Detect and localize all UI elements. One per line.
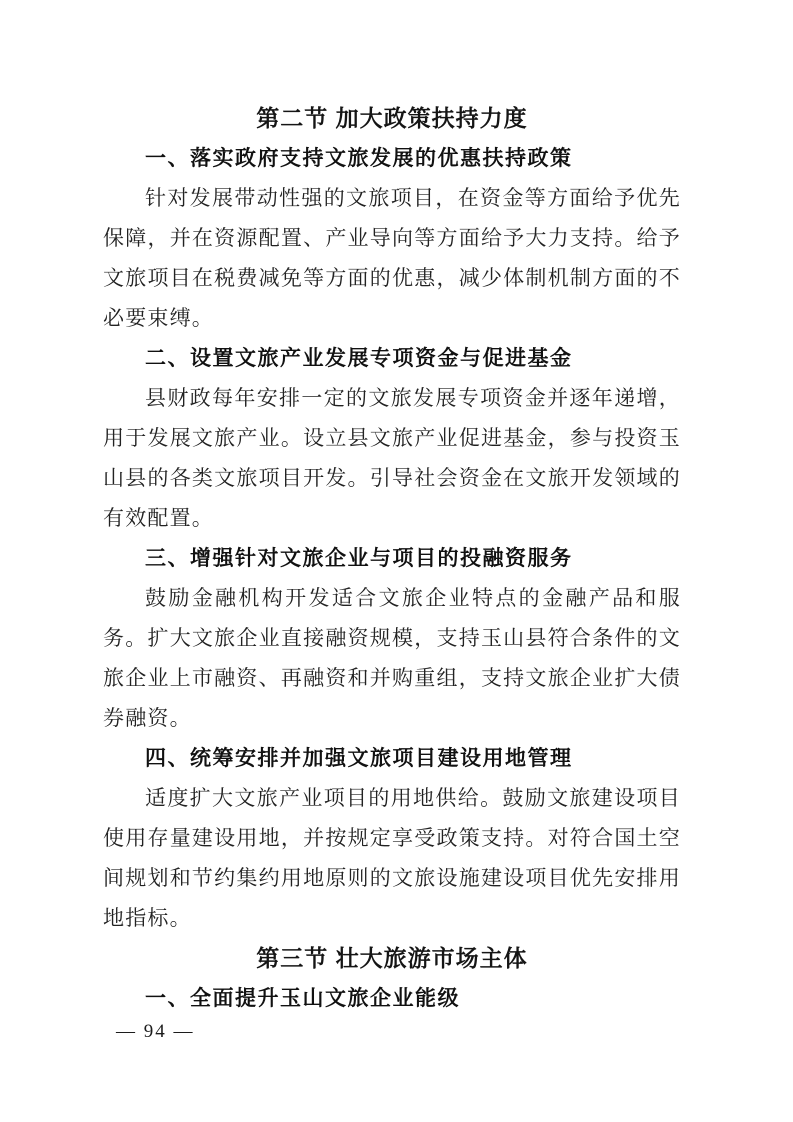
section-2-heading-4: 四、统筹安排并加强文旅项目建设用地管理 [103, 738, 681, 778]
document-content: 第二节 加大政策扶持力度 一、落实政府支持文旅发展的优惠扶持政策 针对发展带动性… [103, 98, 681, 1018]
section-2-paragraph-1: 针对发展带动性强的文旅项目，在资金等方面给予优先保障，并在资源配置、产业导向等方… [103, 178, 681, 338]
section-2-title: 第二节 加大政策扶持力度 [103, 98, 681, 138]
section-2-paragraph-3: 鼓励金融机构开发适合文旅企业特点的金融产品和服务。扩大文旅企业直接融资规模，支持… [103, 578, 681, 738]
page-number: — 94 — [116, 1018, 195, 1046]
section-2-paragraph-4: 适度扩大文旅产业项目的用地供给。鼓励文旅建设项目使用存量建设用地，并按规定享受政… [103, 778, 681, 938]
section-2-heading-3: 三、增强针对文旅企业与项目的投融资服务 [103, 538, 681, 578]
section-2-paragraph-2: 县财政每年安排一定的文旅发展专项资金并逐年递增，用于发展文旅产业。设立县文旅产业… [103, 378, 681, 538]
section-2-heading-2: 二、设置文旅产业发展专项资金与促进基金 [103, 338, 681, 378]
section-2-heading-1: 一、落实政府支持文旅发展的优惠扶持政策 [103, 138, 681, 178]
document-page: 第二节 加大政策扶持力度 一、落实政府支持文旅发展的优惠扶持政策 针对发展带动性… [0, 0, 793, 1122]
section-3-heading-1: 一、全面提升玉山文旅企业能级 [103, 978, 681, 1018]
section-3-title: 第三节 壮大旅游市场主体 [103, 938, 681, 978]
